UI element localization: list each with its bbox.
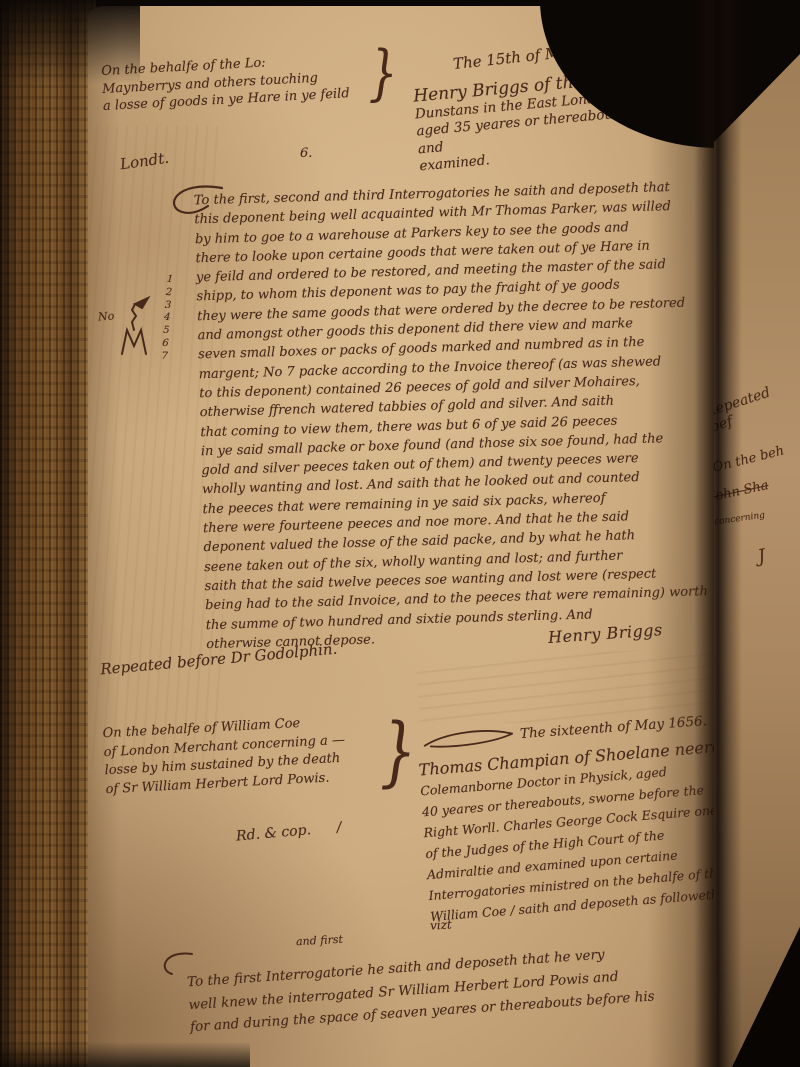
receipt-mark: /	[336, 819, 342, 835]
facing-fragment: On the beh	[714, 443, 786, 475]
ink-bleedthrough-left	[88, 126, 223, 766]
facing-fragment: Repeated bef	[714, 376, 800, 435]
brace-icon: }	[380, 706, 416, 795]
manuscript-page: On the behalfe of the Lo: Maynberrys and…	[88, 6, 716, 1067]
shadow-bottom-left	[0, 1042, 250, 1067]
receipt-text: Rd. & cop.	[236, 822, 312, 844]
book-fore-edge	[0, 0, 96, 1067]
receipt-annotation: Rd. & cop./	[236, 819, 343, 844]
dark-corner-top-left	[0, 0, 140, 84]
deposition-champian-body: To the first Interrogatorie he saith and…	[186, 933, 716, 1039]
swash-flourish-icon	[422, 726, 515, 750]
and-first-label: and first	[296, 933, 343, 948]
manuscript-photo: On the behalfe of the Lo: Maynberrys and…	[0, 0, 800, 1067]
facing-fragment-struck: John Sha	[714, 478, 770, 505]
deponent-heading-champian: Thomas Champian of Shoelane neere Colema…	[418, 733, 716, 927]
facing-fragment: concerning	[714, 510, 766, 527]
brace-icon: }	[369, 38, 398, 108]
vizt-label: vizt	[430, 917, 452, 932]
deposition-briggs-body: To the first, second and third Interroga…	[194, 177, 716, 654]
docket-number: 6.	[300, 146, 312, 161]
facing-page: Repeated bef On the beh John Sha concern…	[714, 0, 800, 1067]
margin-note-maynberrys: On the behalfe of the Lo: Maynberrys and…	[101, 49, 371, 115]
facing-fragment: J	[756, 546, 767, 568]
facing-page-top-shadow	[714, 0, 800, 142]
